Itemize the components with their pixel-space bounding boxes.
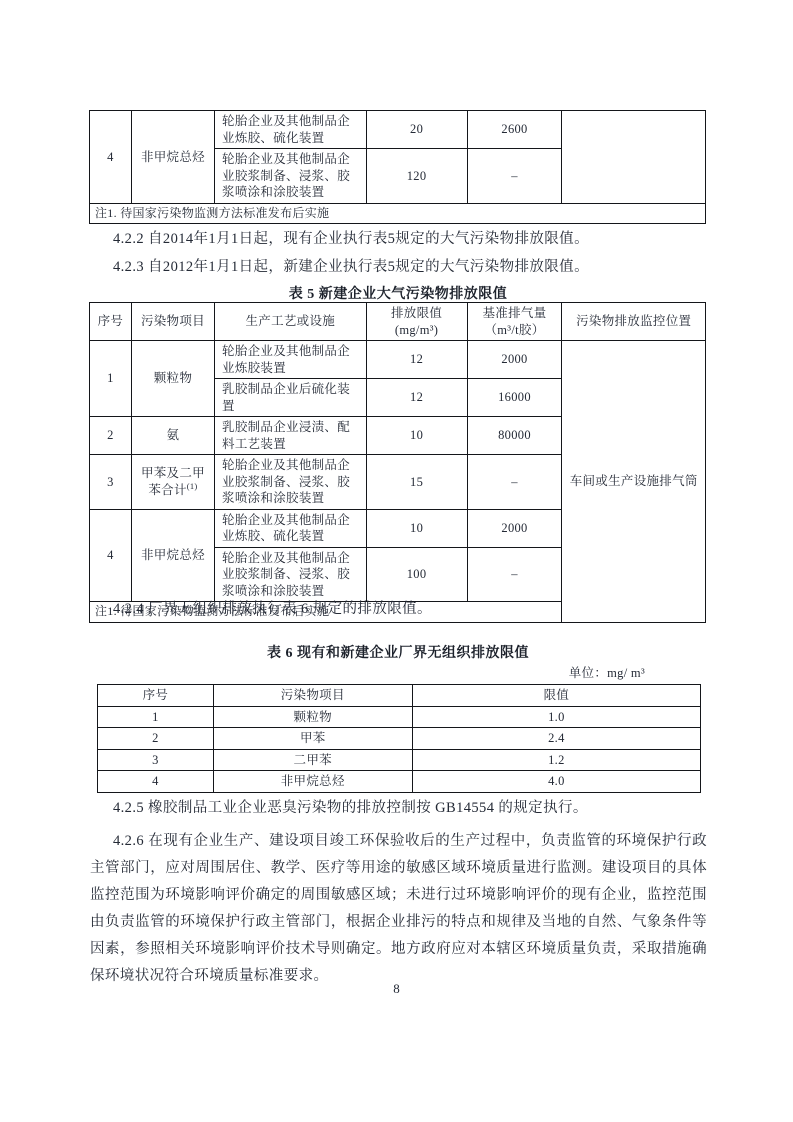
cell-no: 4 bbox=[98, 771, 214, 793]
table-header-row: 序号 污染物项目 生产工艺或设施 排放限值 (mg/m³) 基准排气量 （m³/… bbox=[90, 303, 706, 341]
cell-flow: – bbox=[467, 149, 562, 204]
cell-process: 乳胶制品企业浸渍、配料工艺装置 bbox=[215, 417, 367, 455]
cell-limit: 15 bbox=[366, 455, 467, 510]
cell-monitor-empty bbox=[562, 111, 706, 204]
page-number: 8 bbox=[0, 981, 793, 997]
section-4-2-4: 4.2.4 厂界无组织排放执行表 6 规定的排放限值。 bbox=[90, 596, 707, 623]
header-item: 污染物项目 bbox=[131, 303, 214, 341]
section-4-2-6: 4.2.6 在现有企业生产、建设项目竣工环保验收后的生产过程中，负责监管的环境保… bbox=[90, 828, 707, 990]
cell-item: 甲苯及二甲苯合计(1) bbox=[131, 455, 214, 510]
cell-limit: 10 bbox=[366, 417, 467, 455]
cell-no: 4 bbox=[90, 111, 132, 204]
footnote-marker: (1) bbox=[187, 481, 198, 491]
cell-process: 轮胎企业及其他制品企业胶浆制备、浸浆、胶浆喷涂和涂胶装置 bbox=[215, 149, 367, 204]
cell-process: 轮胎企业及其他制品企业胶浆制备、浸浆、胶浆喷涂和涂胶装置 bbox=[215, 547, 367, 602]
header-flow-line1: 基准排气量 bbox=[472, 305, 558, 322]
section-4-2-5: 4.2.5 橡胶制品工业企业恶臭污染物的排放控制按 GB14554 的规定执行。 bbox=[90, 795, 707, 822]
table-row: 1 颗粒物 1.0 bbox=[98, 706, 701, 728]
cell-limit: 120 bbox=[366, 149, 467, 204]
table-row: 4 非甲烷总烃 4.0 bbox=[98, 771, 701, 793]
header-limit-line2: (mg/m³) bbox=[371, 322, 463, 339]
table6: 序号 污染物项目 限值 1 颗粒物 1.0 2 甲苯 2.4 3 二甲苯 1.2… bbox=[97, 684, 701, 793]
cell-limit: 12 bbox=[366, 341, 467, 379]
table5: 序号 污染物项目 生产工艺或设施 排放限值 (mg/m³) 基准排气量 （m³/… bbox=[89, 302, 706, 623]
cell-flow: – bbox=[467, 455, 562, 510]
cell-process: 轮胎企业及其他制品企业炼胶、硫化装置 bbox=[215, 509, 367, 547]
cell-item: 颗粒物 bbox=[131, 341, 214, 417]
cell-item: 氨 bbox=[131, 417, 214, 455]
document-page: 4 非甲烷总烃 轮胎企业及其他制品企业炼胶、硫化装置 20 2600 轮胎企业及… bbox=[0, 0, 793, 1122]
cell-item: 非甲烷总烃 bbox=[131, 111, 214, 204]
cell-limit: 4.0 bbox=[412, 771, 700, 793]
table6-title: 表 6 现有和新建企业厂界无组织排放限值 bbox=[90, 642, 706, 662]
header-flow: 基准排气量 （m³/t胶） bbox=[467, 303, 562, 341]
table-row: 2 甲苯 2.4 bbox=[98, 728, 701, 750]
cell-no: 4 bbox=[90, 509, 132, 602]
cell-no: 1 bbox=[90, 341, 132, 417]
cell-item: 非甲烷总烃 bbox=[213, 771, 412, 793]
cell-limit: 10 bbox=[366, 509, 467, 547]
table-header-row: 序号 污染物项目 限值 bbox=[98, 685, 701, 707]
table-row: 1 颗粒物 轮胎企业及其他制品企业炼胶装置 12 2000 车间或生产设施排气筒 bbox=[90, 341, 706, 379]
cell-limit: 1.2 bbox=[412, 749, 700, 771]
cell-flow: 2000 bbox=[467, 341, 562, 379]
section-4-2-3: 4.2.3 自2012年1月1日起，新建企业执行表5规定的大气污染物排放限值。 bbox=[90, 254, 707, 281]
table-note-row: 注1. 待国家污染物监测方法标准发布后实施 bbox=[90, 203, 706, 224]
header-no: 序号 bbox=[90, 303, 132, 341]
cell-process: 乳胶制品企业后硫化装置 bbox=[215, 379, 367, 417]
cell-flow: – bbox=[467, 547, 562, 602]
cell-flow: 16000 bbox=[467, 379, 562, 417]
table5-title: 表 5 新建企业大气污染物排放限值 bbox=[90, 283, 706, 303]
cell-item: 甲苯 bbox=[213, 728, 412, 750]
table-note: 注1. 待国家污染物监测方法标准发布后实施 bbox=[90, 203, 706, 224]
table-row: 3 二甲苯 1.2 bbox=[98, 749, 701, 771]
cell-limit: 1.0 bbox=[412, 706, 700, 728]
header-item: 污染物项目 bbox=[213, 685, 412, 707]
cell-process: 轮胎企业及其他制品企业炼胶装置 bbox=[215, 341, 367, 379]
cell-process: 轮胎企业及其他制品企业胶浆制备、浸浆、胶浆喷涂和涂胶装置 bbox=[215, 455, 367, 510]
cell-item: 颗粒物 bbox=[213, 706, 412, 728]
header-limit: 限值 bbox=[412, 685, 700, 707]
cell-flow: 2000 bbox=[467, 509, 562, 547]
cell-monitor: 车间或生产设施排气筒 bbox=[562, 341, 706, 623]
cell-no: 1 bbox=[98, 706, 214, 728]
cell-flow: 80000 bbox=[467, 417, 562, 455]
cell-limit: 20 bbox=[366, 111, 467, 149]
header-no: 序号 bbox=[98, 685, 214, 707]
header-flow-line2: （m³/t胶） bbox=[472, 322, 558, 339]
section-4-2-2: 4.2.2 自2014年1月1日起，现有企业执行表5规定的大气污染物排放限值。 bbox=[90, 226, 707, 253]
cell-flow: 2600 bbox=[467, 111, 562, 149]
cell-process: 轮胎企业及其他制品企业炼胶、硫化装置 bbox=[215, 111, 367, 149]
cell-no: 3 bbox=[98, 749, 214, 771]
header-process: 生产工艺或设施 bbox=[215, 303, 367, 341]
cell-limit: 100 bbox=[366, 547, 467, 602]
header-limit: 排放限值 (mg/m³) bbox=[366, 303, 467, 341]
header-limit-line1: 排放限值 bbox=[371, 305, 463, 322]
cell-no: 3 bbox=[90, 455, 132, 510]
header-monitor: 污染物排放监控位置 bbox=[562, 303, 706, 341]
cell-limit: 12 bbox=[366, 379, 467, 417]
cell-no: 2 bbox=[90, 417, 132, 455]
cell-item: 非甲烷总烃 bbox=[131, 509, 214, 602]
cell-item: 二甲苯 bbox=[213, 749, 412, 771]
table-row: 4 非甲烷总烃 轮胎企业及其他制品企业炼胶、硫化装置 20 2600 bbox=[90, 111, 706, 149]
cell-limit: 2.4 bbox=[412, 728, 700, 750]
cell-no: 2 bbox=[98, 728, 214, 750]
table6-unit-label: 单位：mg/ m³ bbox=[90, 663, 645, 681]
table4-continued: 4 非甲烷总烃 轮胎企业及其他制品企业炼胶、硫化装置 20 2600 轮胎企业及… bbox=[89, 110, 706, 224]
